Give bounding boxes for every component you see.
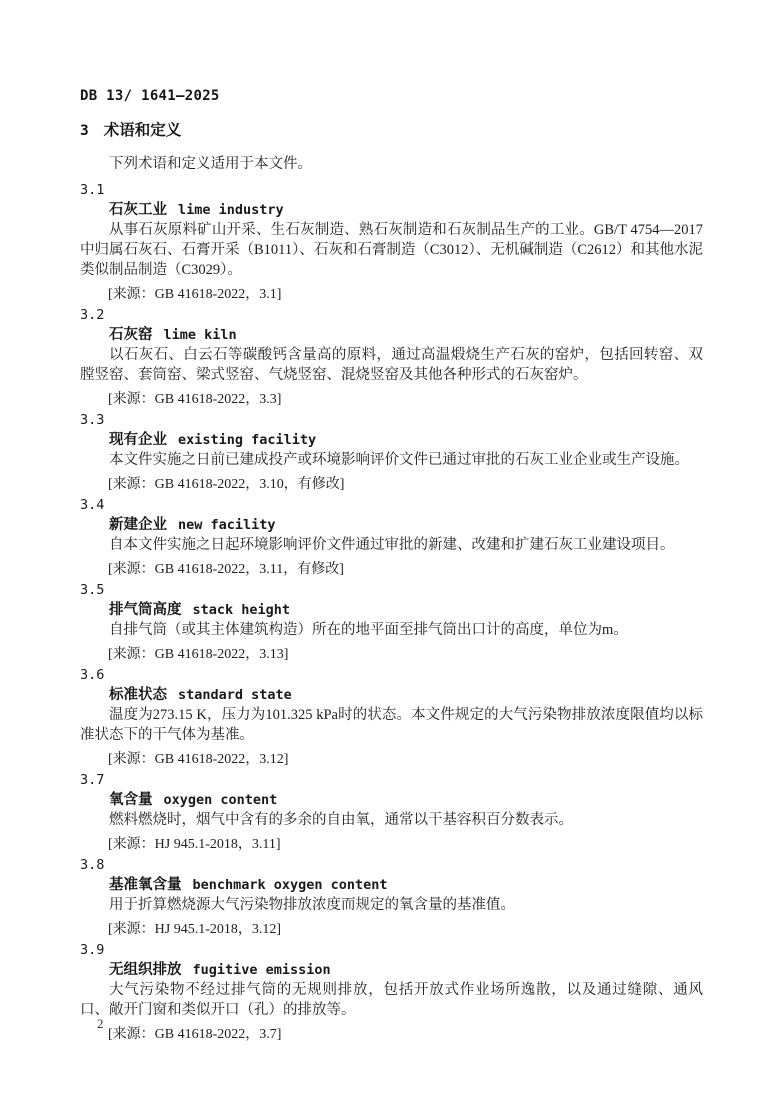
term-entry: 3.8 基准氧含量benchmark oxygen content 用于折算燃烧… — [80, 855, 703, 940]
term-number: 3.2 — [80, 305, 703, 325]
term-source: [来源：GB 41618-2022，3.1] — [80, 285, 703, 305]
term-title: 现有企业existing facility — [80, 430, 703, 450]
term-number: 3.3 — [80, 410, 703, 430]
term-title: 无组织排放fugitive emission — [80, 960, 703, 980]
term-name-zh: 基准氧含量 — [109, 877, 182, 893]
term-entry: 3.7 氧含量oxygen content 燃料燃烧时，烟气中含有的多余的自由氧… — [80, 770, 703, 855]
term-name-zh: 石灰工业 — [109, 202, 167, 218]
term-title: 新建企业new facility — [80, 515, 703, 535]
document-page: DB 13/ 1641—2025 3术语和定义 下列术语和定义适用于本文件。 3… — [0, 0, 775, 1106]
term-title: 石灰窑lime kiln — [80, 325, 703, 345]
term-title: 标准状态standard state — [80, 685, 703, 705]
section-title: 术语和定义 — [104, 122, 182, 139]
term-name-zh: 新建企业 — [109, 517, 167, 533]
term-entry: 3.9 无组织排放fugitive emission 大气污染物不经过排气筒的无… — [80, 940, 703, 1045]
term-title: 石灰工业lime industry — [80, 200, 703, 220]
term-number: 3.9 — [80, 940, 703, 960]
term-source: [来源：GB 41618-2022，3.12] — [80, 750, 703, 770]
term-source: [来源：GB 41618-2022，3.7] — [80, 1025, 703, 1045]
term-title: 氧含量oxygen content — [80, 790, 703, 810]
term-name-en: new facility — [178, 517, 276, 533]
term-number: 3.6 — [80, 665, 703, 685]
term-definition: 大气污染物不经过排气筒的无规则排放，包括开放式作业场所逸散，以及通过缝隙、通风口… — [80, 980, 703, 1020]
term-name-en: stack height — [193, 602, 291, 618]
term-title: 基准氧含量benchmark oxygen content — [80, 875, 703, 895]
term-title: 排气筒高度stack height — [80, 600, 703, 620]
term-name-zh: 排气筒高度 — [109, 602, 182, 618]
term-definition: 本文件实施之日前已建成投产或环境影响评价文件已通过审批的石灰工业企业或生产设施。 — [80, 450, 703, 470]
term-name-en: lime industry — [178, 202, 284, 218]
term-name-zh: 无组织排放 — [109, 962, 182, 978]
term-definition: 用于折算燃烧源大气污染物排放浓度而规定的氧含量的基准值。 — [80, 895, 703, 915]
term-entry: 3.3 现有企业existing facility 本文件实施之日前已建成投产或… — [80, 410, 703, 495]
document-body: { "page": { "header": "DB 13/ 1641—2025"… — [0, 0, 775, 1106]
page-number: 2 — [97, 1014, 104, 1034]
term-definition: 以石灰石、白云石等碳酸钙含量高的原料，通过高温煅烧生产石灰的窑炉，包括回转窑、双… — [80, 345, 703, 385]
term-definition: 温度为273.15 K，压力为101.325 kPa时的状态。本文件规定的大气污… — [80, 705, 703, 745]
term-definition: 燃料燃烧时，烟气中含有的多余的自由氧，通常以干基容积百分数表示。 — [80, 810, 703, 830]
term-name-zh: 标准状态 — [109, 687, 167, 703]
term-name-zh: 现有企业 — [109, 432, 167, 448]
section-number: 3 — [80, 120, 89, 142]
section-heading: 3术语和定义 — [80, 120, 703, 142]
term-number: 3.5 — [80, 580, 703, 600]
term-source: [来源：HJ 945.1-2018，3.11] — [80, 835, 703, 855]
term-name-en: benchmark oxygen content — [193, 877, 388, 893]
term-entry: 3.2 石灰窑lime kiln 以石灰石、白云石等碳酸钙含量高的原料，通过高温… — [80, 305, 703, 410]
term-source: [来源：GB 41618-2022，3.13] — [80, 645, 703, 665]
term-number: 3.4 — [80, 495, 703, 515]
term-entry: 3.6 标准状态standard state 温度为273.15 K，压力为10… — [80, 665, 703, 770]
term-name-en: existing facility — [178, 432, 316, 448]
term-definition: 自本文件实施之日起环境影响评价文件通过审批的新建、改建和扩建石灰工业建设项目。 — [80, 535, 703, 555]
term-number: 3.8 — [80, 855, 703, 875]
term-name-en: lime kiln — [164, 327, 237, 343]
term-source: [来源：GB 41618-2022，3.11，有修改] — [80, 560, 703, 580]
intro-paragraph: 下列术语和定义适用于本文件。 — [80, 154, 703, 174]
term-name-en: standard state — [178, 687, 292, 703]
term-definition: 自排气筒（或其主体建筑构造）所在的地平面至排气筒出口计的高度，单位为m。 — [80, 620, 703, 640]
term-entry: 3.4 新建企业new facility 自本文件实施之日起环境影响评价文件通过… — [80, 495, 703, 580]
term-source: [来源：GB 41618-2022，3.3] — [80, 390, 703, 410]
term-number: 3.1 — [80, 180, 703, 200]
term-name-en: fugitive emission — [193, 962, 331, 978]
term-name-en: oxygen content — [164, 792, 278, 808]
terms-list: 3.1 石灰工业lime industry 从事石灰原料矿山开采、生石灰制造、熟… — [80, 180, 703, 1045]
term-definition: 从事石灰原料矿山开采、生石灰制造、熟石灰制造和石灰制品生产的工业。GB/T 47… — [80, 220, 703, 280]
term-name-zh: 氧含量 — [109, 792, 153, 808]
term-entry: 3.5 排气筒高度stack height 自排气筒（或其主体建筑构造）所在的地… — [80, 580, 703, 665]
term-source: [来源：HJ 945.1-2018，3.12] — [80, 920, 703, 940]
term-source: [来源：GB 41618-2022，3.10，有修改] — [80, 475, 703, 495]
term-name-zh: 石灰窑 — [109, 327, 153, 343]
term-number: 3.7 — [80, 770, 703, 790]
term-entry: 3.1 石灰工业lime industry 从事石灰原料矿山开采、生石灰制造、熟… — [80, 180, 703, 305]
document-standard-number: DB 13/ 1641—2025 — [80, 86, 703, 106]
